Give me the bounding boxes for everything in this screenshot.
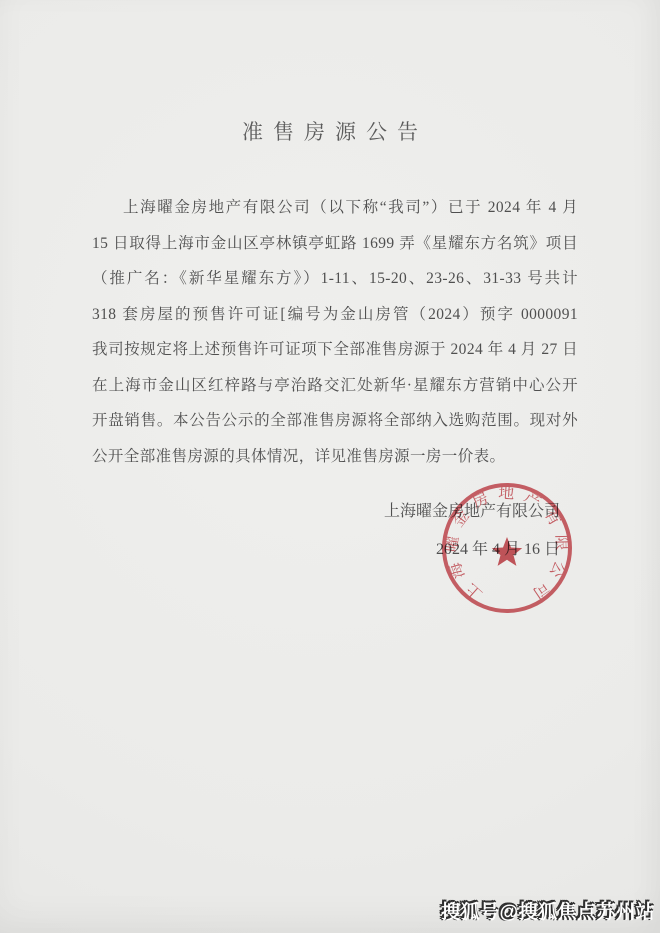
body-paragraph: 上海曜金房地产有限公司（以下称“我司”）已于 2024 年 4 月 15 日取得…: [92, 190, 578, 474]
body-line: 318 套房屋的预售许可证[编号为金山房管（2024）预字 0000091 号]…: [92, 297, 578, 333]
body-line: 在上海市金山区红梓路与亭治路交汇处新华·星耀东方营销中心公开: [92, 368, 578, 404]
watermark: 搜狐号@搜狐焦点苏州站: [441, 897, 655, 924]
body-line: 上海曜金房地产有限公司（以下称“我司”）已于 2024 年 4 月: [92, 190, 578, 226]
body-line: 15 日取得上海市金山区亭林镇亭虹路 1699 弄《星耀东方名筑》项目: [92, 226, 578, 262]
body-line: 开盘销售。本公告公示的全部准售房源将全部纳入选购范围。现对外: [92, 403, 578, 439]
body-line: 我司按规定将上述预售许可证项下全部准售房源于 2024 年 4 月 27 日: [92, 332, 578, 368]
document-page: 准售房源公告 上海曜金房地产有限公司（以下称“我司”）已于 2024 年 4 月…: [0, 0, 660, 933]
seal-star-icon: [492, 537, 522, 566]
body-line: 公开全部准售房源的具体情况，详见准售房源一房一价表。: [92, 439, 578, 475]
body-line: （推广名：《新华星耀东方》）1-11、15-20、23-26、31-33 号共计: [92, 261, 578, 297]
announcement-title: 准售房源公告: [0, 116, 660, 146]
company-seal: 上海曜金房地产有限公司: [432, 473, 582, 623]
